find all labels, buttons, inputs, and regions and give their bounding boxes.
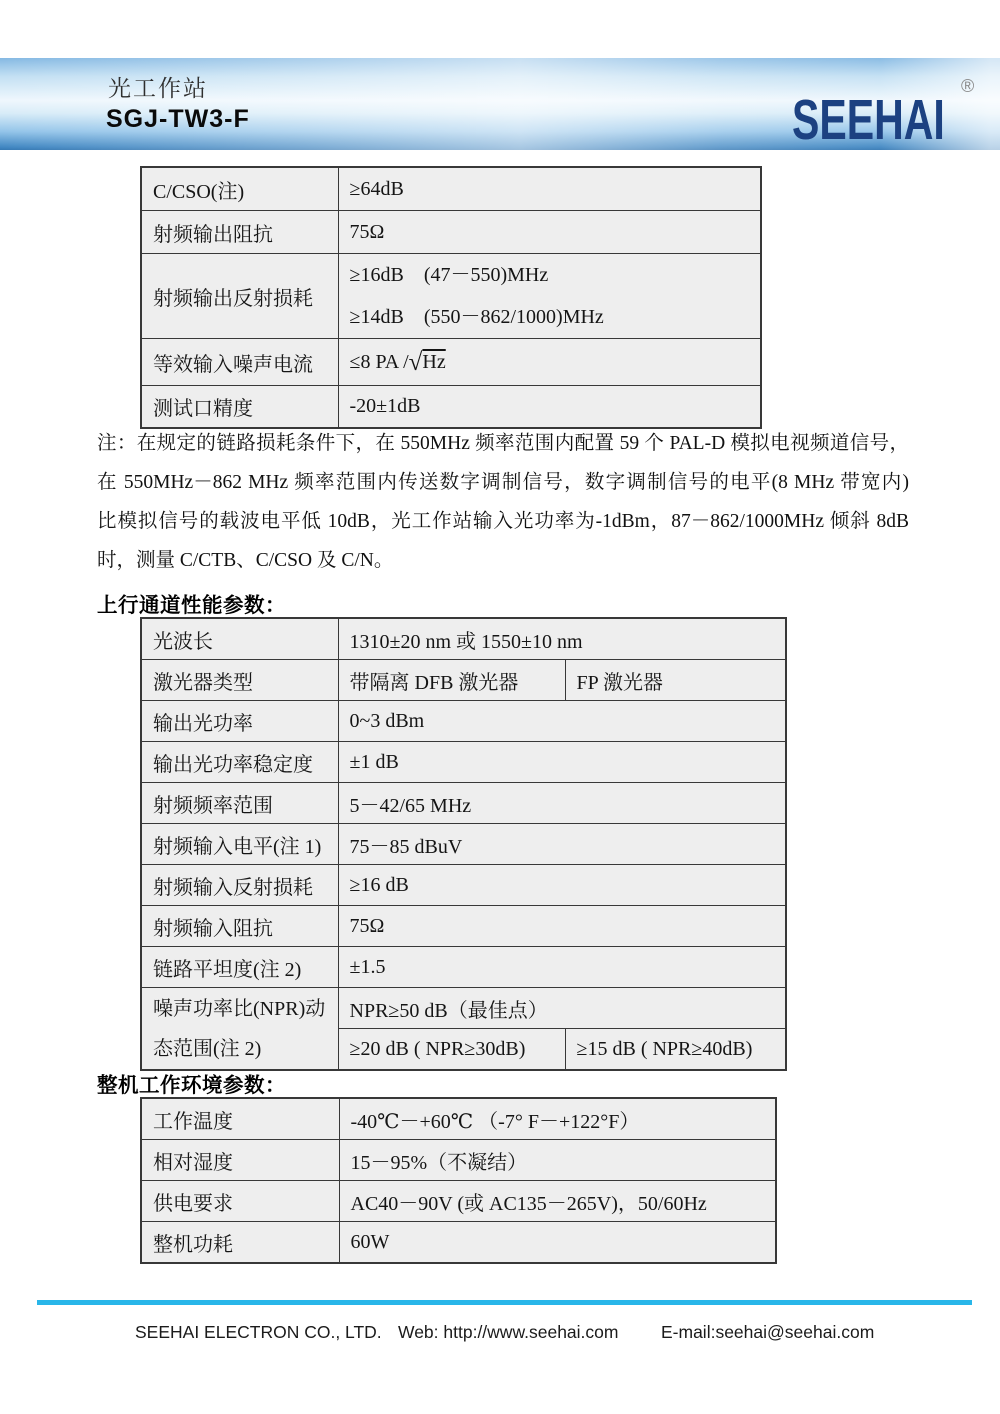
rf-output-spec-table: C/CSO(注) ≥64dB 射频输出阻抗 75Ω 射频输出反射损耗 ≥16dB… [140,166,762,429]
spec-label-cell: 激光器类型 [141,660,338,701]
spec-label-cell: 相对湿度 [141,1140,339,1181]
header-band: 光工作站 SGJ-TW3-F SEEHAI ® [0,58,1000,150]
spec-label-cell: 等效输入噪声电流 [141,339,338,386]
spec-value-cell: 15－95%（不凝结） [339,1140,776,1181]
spec-label-cell: 射频输入阻抗 [141,906,338,947]
spec-value-cell: ≥64dB [338,167,761,211]
spec-value-cell: NPR≥50 dB（最佳点） [338,988,786,1029]
uplink-spec-table: 光波长 1310±20 nm 或 1550±10 nm 激光器类型 带隔离 DF… [140,617,787,1071]
spec-label-cell: 输出光功率稳定度 [141,742,338,783]
spec-value-cell: ≥20 dB ( NPR≥30dB) [338,1029,565,1071]
spec-value-line: ≥16dB (47－550)MHz [350,254,757,296]
spec-label-cell: 射频输入反射损耗 [141,865,338,906]
spec-value-cell: 75Ω [338,906,786,947]
datasheet-page: 光工作站 SGJ-TW3-F SEEHAI ® C/CSO(注) ≥64dB 射… [0,0,1000,1414]
spec-label-cell: 射频频率范围 [141,783,338,824]
spec-label-cell: 输出光功率 [141,701,338,742]
spec-label-cell: 链路平坦度(注 2) [141,947,338,988]
environment-section-heading: 整机工作环境参数： [97,1068,286,1098]
table-row: 等效输入噪声电流 ≤8 PA /√Hz [141,339,761,386]
spec-value-cell: -20±1dB [338,386,761,429]
table-row: C/CSO(注) ≥64dB [141,167,761,211]
table-row: 光波长 1310±20 nm 或 1550±10 nm [141,618,786,660]
table-row: 测试口精度 -20±1dB [141,386,761,429]
square-root-icon: √ [409,349,423,376]
table-row: 射频频率范围 5－42/65 MHz [141,783,786,824]
product-model: SGJ-TW3-F [106,105,250,134]
spec-value-cell: 0~3 dBm [338,701,786,742]
table-row: 工作温度 -40℃－+60℃ （-7° F－+122°F） [141,1098,776,1140]
footer-email: E-mail:seehai@seehai.com [661,1322,874,1343]
spec-label-cell: 整机功耗 [141,1222,339,1264]
spec-label-line: 态范围(注 2) [153,1029,334,1069]
note-line: 时，测量 C/CTB、C/CSO 及 C/N。 [97,541,909,580]
footer-company: SEEHAI ELECTRON CO., LTD. [135,1322,382,1343]
note-paragraph: 注：在规定的链路损耗条件下，在 550MHz 频率范围内配置 59 个 PAL-… [97,424,909,580]
table-row: 射频输入阻抗 75Ω [141,906,786,947]
table-row: 整机功耗 60W [141,1222,776,1264]
note-line: 比模拟信号的载波电平低 10dB，光工作站输入光功率为-1dBm，87－862/… [97,502,909,541]
spec-value-cell: 75－85 dBuV [338,824,786,865]
noise-current-value: ≤8 PA / [350,351,409,373]
spec-value-cell: ≥16dB (47－550)MHz ≥14dB (550－862/1000)MH… [338,254,761,339]
table-row: 供电要求 AC40－90V (或 AC135－265V)，50/60Hz [141,1181,776,1222]
table-row: 噪声功率比(NPR)动 态范围(注 2) NPR≥50 dB（最佳点） [141,988,786,1029]
table-row: 射频输入反射损耗 ≥16 dB [141,865,786,906]
spec-label-cell: 噪声功率比(NPR)动 态范围(注 2) [141,988,338,1071]
spec-label-cell: 供电要求 [141,1181,339,1222]
registered-trademark-icon: ® [961,76,974,97]
table-row: 射频输出反射损耗 ≥16dB (47－550)MHz ≥14dB (550－86… [141,254,761,339]
spec-value-cell: AC40－90V (或 AC135－265V)，50/60Hz [339,1181,776,1222]
spec-value-cell: 60W [339,1222,776,1264]
spec-value-cell: -40℃－+60℃ （-7° F－+122°F） [339,1098,776,1140]
spec-value-cell: ≥15 dB ( NPR≥40dB) [565,1029,786,1071]
note-line: 注：在规定的链路损耗条件下，在 550MHz 频率范围内配置 59 个 PAL-… [97,424,909,463]
footer-divider [37,1300,972,1305]
spec-value-cell: ≥16 dB [338,865,786,906]
spec-value-cell: 1310±20 nm 或 1550±10 nm [338,618,786,660]
table-row: 输出光功率稳定度 ±1 dB [141,742,786,783]
spec-value-cell: ±1.5 [338,947,786,988]
table-row: 射频输出阻抗 75Ω [141,211,761,254]
table-row: 激光器类型 带隔离 DFB 激光器 FP 激光器 [141,660,786,701]
spec-value-cell: FP 激光器 [565,660,786,701]
table-row: 相对湿度 15－95%（不凝结） [141,1140,776,1181]
spec-label-cell: 测试口精度 [141,386,338,429]
spec-label-cell: C/CSO(注) [141,167,338,211]
environment-spec-table: 工作温度 -40℃－+60℃ （-7° F－+122°F） 相对湿度 15－95… [140,1097,777,1264]
spec-value-cell: 带隔离 DFB 激光器 [338,660,565,701]
spec-value-cell: 5－42/65 MHz [338,783,786,824]
spec-label-cell: 工作温度 [141,1098,339,1140]
spec-value-line: ≥14dB (550－862/1000)MHz [350,296,757,338]
spec-label-cell: 射频输入电平(注 1) [141,824,338,865]
table-row: 射频输入电平(注 1) 75－85 dBuV [141,824,786,865]
footer-web: Web: http://www.seehai.com [398,1322,618,1343]
spec-value-cell: ±1 dB [338,742,786,783]
spec-value-cell: 75Ω [338,211,761,254]
spec-value-cell: ≤8 PA /√Hz [338,339,761,386]
brand-logo: SEEHAI [792,92,945,149]
note-line: 在 550MHz－862 MHz 频率范围内传送数字调制信号，数字调制信号的电平… [97,463,909,502]
radicand-text: Hz [422,351,445,373]
product-category: 光工作站 [108,70,208,103]
table-row: 链路平坦度(注 2) ±1.5 [141,947,786,988]
table-row: 输出光功率 0~3 dBm [141,701,786,742]
spec-label-cell: 光波长 [141,618,338,660]
spec-label-line: 噪声功率比(NPR)动 [153,989,334,1029]
uplink-section-heading: 上行通道性能参数： [97,588,286,618]
spec-label-cell: 射频输出反射损耗 [141,254,338,339]
spec-label-cell: 射频输出阻抗 [141,211,338,254]
